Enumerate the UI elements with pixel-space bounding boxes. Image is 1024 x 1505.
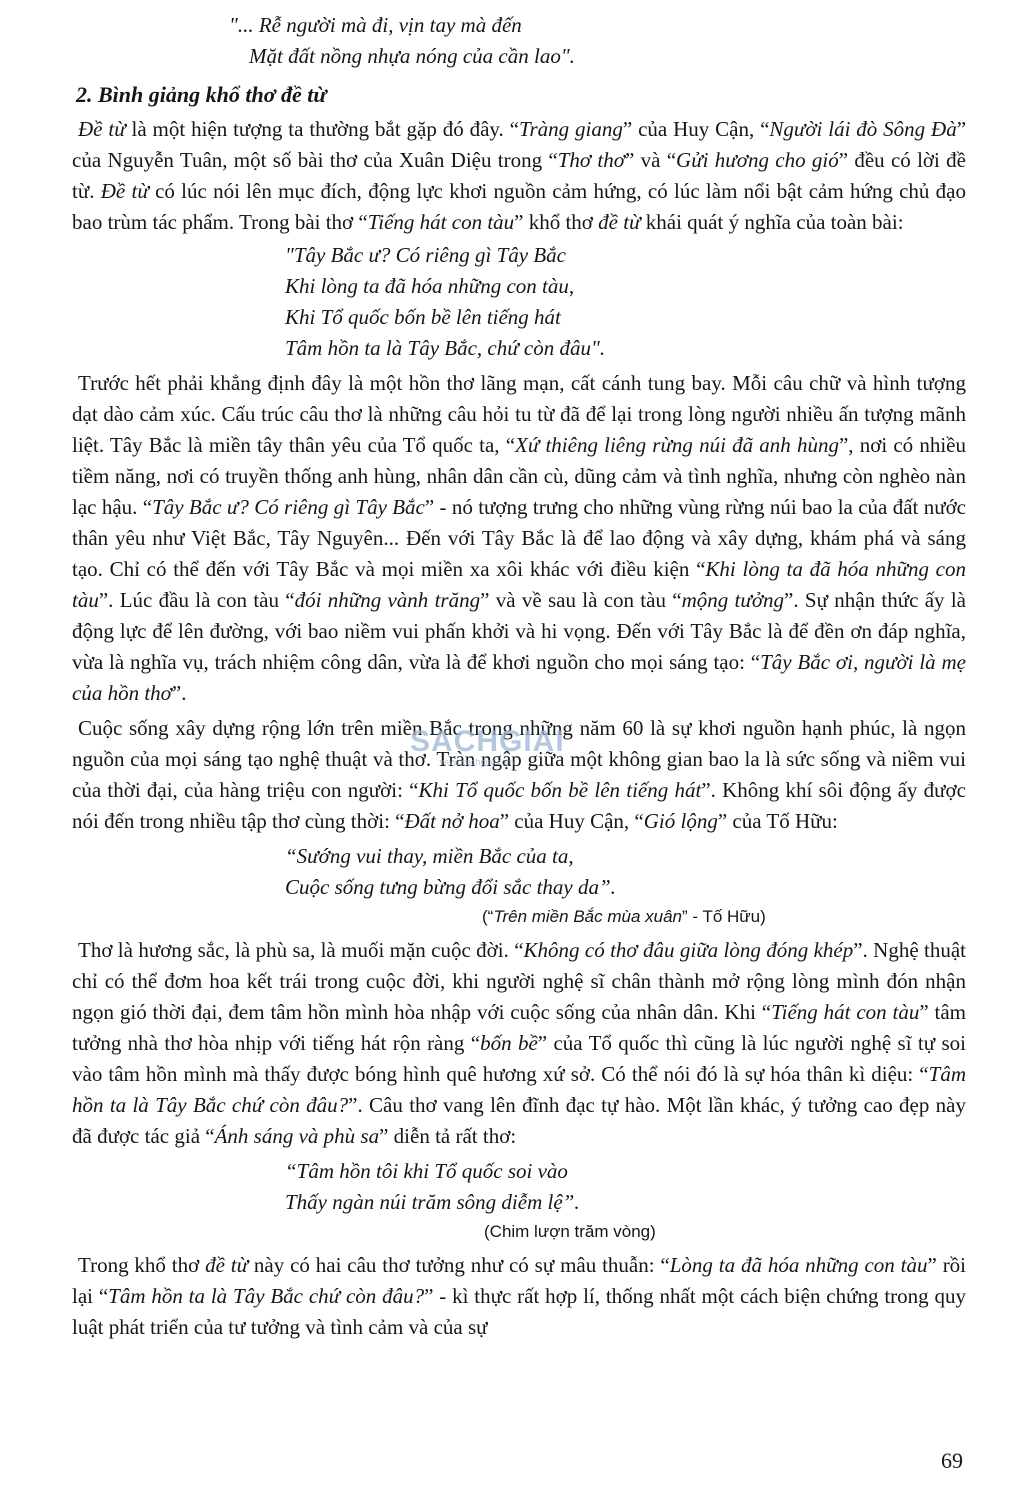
text: ” của Tố Hữu: (718, 809, 838, 833)
poem-line: "... Rễ người mà đi, vịn tay mà đến (229, 10, 966, 41)
poem-line: “Tâm hồn tôi khi Tổ quốc soi vào (285, 1156, 966, 1187)
section-heading: 2. Bình giảng khổ thơ đề từ (76, 80, 966, 110)
poem-line: Mặt đất nồng nhựa nóng của cần lao". (249, 41, 966, 72)
work-title: Tiếng hát con tàu (771, 1000, 919, 1024)
quote: Tâm hồn ta là Tây Bắc chứ còn đâu? (108, 1284, 424, 1308)
text: ” và về sau là con tàu “ (480, 588, 681, 612)
text: ”. Lúc đầu là con tàu “ (99, 588, 295, 612)
page-number: 69 (941, 1448, 963, 1474)
paragraph: Trong khổ thơ đề từ này có hai câu thơ t… (72, 1250, 966, 1343)
poem-line: Khi lòng ta đã hóa những con tàu, (285, 271, 966, 302)
quote: Khi Tổ quốc bốn bề lên tiếng hát (419, 778, 702, 802)
quote: đói những vành trăng (295, 588, 481, 612)
paragraph: Thơ là hương sắc, là phù sa, là muối mặn… (72, 935, 966, 1152)
text: khái quát ý nghĩa của toàn bài: (641, 210, 904, 234)
text: ” khổ thơ (514, 210, 598, 234)
paragraph: Cuộc sống xây dựng rộng lớn trên miền Bắ… (72, 713, 966, 837)
quote-poem-to-huu: “Sướng vui thay, miền Bắc của ta, Cuộc s… (285, 841, 966, 903)
quote-source: (“Trên miền Bắc mùa xuân” - Tố Hữu) (482, 903, 966, 931)
text: này có hai câu thơ tưởng như có sự mâu t… (248, 1253, 670, 1277)
work-title: Gió lộng (644, 809, 718, 833)
poem-line: Tâm hồn ta là Tây Bắc, chứ còn đâu". (285, 333, 966, 364)
text: ” của Huy Cận, “ (623, 117, 770, 141)
work-title: Ánh sáng và phù sa (215, 1124, 380, 1148)
work-title: Đất nở hoa (404, 809, 499, 833)
work-title: Tiếng hát con tàu (368, 210, 514, 234)
poem-line: Thấy ngàn núi trăm sông diễm lệ”. (285, 1187, 966, 1218)
work-title: Tràng giang (519, 117, 623, 141)
work-title: Gửi hương cho gió (676, 148, 839, 172)
text: (“ (482, 907, 493, 926)
quote: Tây Bắc ư? Có riêng gì Tây Bắc (152, 495, 425, 519)
text: ” và “ (625, 148, 676, 172)
poem-line: "Tây Bắc ư? Có riêng gì Tây Bắc (285, 240, 966, 271)
epigraph-poem: "Tây Bắc ư? Có riêng gì Tây Bắc Khi lòng… (285, 240, 966, 364)
poem-line: Cuộc sống tưng bừng đổi sắc thay da”. (285, 872, 966, 903)
work-title: Trên miền Bắc mùa xuân (493, 907, 682, 926)
quote: Không có thơ đâu giữa lòng đóng khép (524, 938, 854, 962)
quote: Xứ thiêng liêng rừng núi đã anh hùng (515, 433, 839, 457)
paragraph: Trước hết phải khẳng định đây là một hồn… (72, 368, 966, 709)
quote: bốn bề (480, 1031, 538, 1055)
italic-term: Đề từ (78, 117, 126, 141)
italic-term: Đề từ (101, 179, 149, 203)
text: ” diễn tả rất thơ: (379, 1124, 516, 1148)
work-title: Thơ thơ (558, 148, 625, 172)
text: ” - Tố Hữu) (682, 907, 766, 926)
quote-poem-che-lan-vien: “Tâm hồn tôi khi Tổ quốc soi vào Thấy ng… (285, 1156, 966, 1218)
work-title: Người lái đò Sông Đà (769, 117, 956, 141)
italic-term: đề từ (205, 1253, 248, 1277)
italic-term: đề từ (598, 210, 640, 234)
quote: Lòng ta đã hóa những con tàu (670, 1253, 928, 1277)
text: ” của Huy Cận, “ (500, 809, 644, 833)
opening-poem: "... Rễ người mà đi, vịn tay mà đến Mặt … (229, 10, 966, 74)
text: Thơ là hương sắc, là phù sa, là muối mặn… (78, 938, 524, 962)
poem-line: Khi Tổ quốc bốn bề lên tiếng hát (285, 302, 966, 333)
text: ”. (172, 681, 187, 705)
quote-source: (Chim lượn trăm vòng) (484, 1218, 966, 1246)
quote: mộng tưởng (682, 588, 784, 612)
paragraph: Đề từ là một hiện tượng ta thường bắt gặ… (72, 114, 966, 238)
poem-line: “Sướng vui thay, miền Bắc của ta, (285, 841, 966, 872)
text: Trong khổ thơ (78, 1253, 205, 1277)
text: là một hiện tượng ta thường bắt gặp đó đ… (126, 117, 519, 141)
document-page: "... Rễ người mà đi, vịn tay mà đến Mặt … (72, 10, 966, 1343)
